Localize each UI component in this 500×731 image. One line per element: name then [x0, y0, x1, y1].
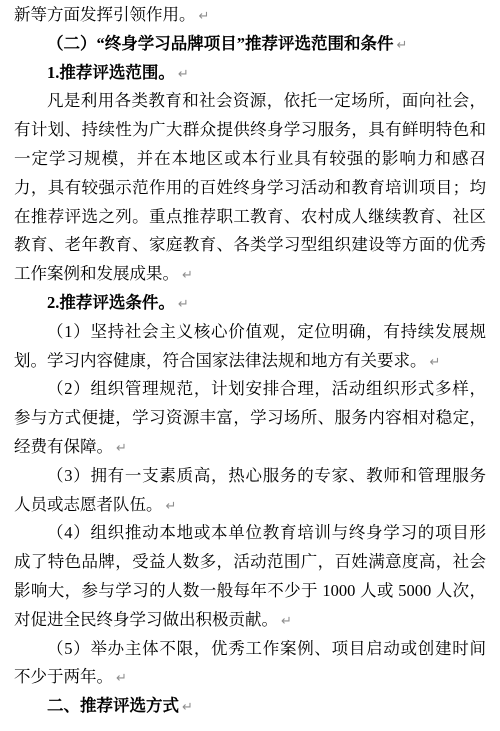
text-run: 影响大，参与学习的人数一般每年不少于 1000 人或 5000 人次，: [14, 581, 486, 600]
paragraph-mark-icon: ↵: [430, 355, 441, 370]
text-run: （5）举办主体不限，优秀工作案例、项目启动或创建时间: [47, 639, 486, 658]
text-line: 2.推荐评选条件。↵: [14, 289, 486, 318]
text-run: 教育、老年教育、家庭教育、各类学习型组织建设等方面的优秀: [14, 235, 486, 254]
paragraph: （4）组织推动本地或本单位教育培训与终身学习的项目形 成了特色品牌，受益人数多，…: [14, 519, 486, 634]
section-heading: 1.推荐评选范围。↵: [14, 59, 486, 88]
text-run: 人员或志愿者队伍。: [14, 495, 163, 514]
text-line: 有计划、持续性为广大群众提供终身学习服务，具有鲜明特色和: [14, 116, 486, 145]
text-run: 成了特色品牌，受益人数多，活动范围广，百姓满意度高，社会: [14, 552, 486, 571]
text-line: （5）举办主体不限，优秀工作案例、项目启动或创建时间: [14, 635, 486, 664]
text-line: （2）组织管理规范，计划安排合理，活动组织形式多样，: [14, 375, 486, 404]
text-run: 工作案例和发展成果。: [14, 264, 179, 283]
text-line: 对促进全民终身学习做出积极贡献。↵: [14, 606, 486, 635]
text-run: 有计划、持续性为广大群众提供终身学习服务，具有鲜明特色和: [14, 120, 486, 139]
paragraph-mark-icon: ↵: [116, 441, 127, 456]
text-line: 新等方面发挥引领作用。↵: [14, 1, 486, 30]
paragraph-mark-icon: ↵: [182, 700, 193, 715]
paragraph-mark-icon: ↵: [178, 297, 189, 312]
text-line: 教育、老年教育、家庭教育、各类学习型组织建设等方面的优秀: [14, 231, 486, 260]
paragraph-mark-icon: ↵: [116, 671, 127, 686]
text-line: 二、推荐评选方式↵: [14, 692, 486, 721]
text-run: （4）组织推动本地或本单位教育培训与终身学习的项目形: [47, 523, 486, 542]
text-line: （二）“终身学习品牌项目”推荐评选范围和条件↵: [14, 30, 486, 59]
text-run: 二、推荐评选方式: [47, 696, 179, 715]
text-run: 力，具有较强示范作用的百姓终身学习活动和教育培训项目；均: [14, 178, 486, 197]
paragraph: 凡是利用各类教育和社会资源，依托一定场所，面向社会， 有计划、持续性为广大群众提…: [14, 87, 486, 289]
paragraph-mark-icon: ↵: [397, 38, 408, 53]
text-line: 参与方式便捷，学习资源丰富，学习场所、服务内容相对稳定，: [14, 404, 486, 433]
paragraph: （3）拥有一支素质高，热心服务的专家、教师和管理服务 人员或志愿者队伍。↵: [14, 462, 486, 520]
text-run: （3）拥有一支素质高，热心服务的专家、教师和管理服务: [47, 466, 486, 485]
text-line: 在推荐评选之列。重点推荐职工教育、农村成人继续教育、社区: [14, 203, 486, 232]
paragraph-mark-icon: ↵: [182, 268, 193, 283]
paragraph-mark-icon: ↵: [281, 614, 292, 629]
text-line: 经费有保障。↵: [14, 433, 486, 462]
text-line: （1）坚持社会主义核心价值观，定位明确，有持续发展规: [14, 318, 486, 347]
document-page: 新等方面发挥引领作用。↵ （二）“终身学习品牌项目”推荐评选范围和条件↵ 1.推…: [0, 0, 500, 731]
text-line: 凡是利用各类教育和社会资源，依托一定场所，面向社会，: [14, 87, 486, 116]
text-run: 划。学习内容健康，符合国家法律法规和地方有关要求。: [14, 351, 427, 370]
text-run: 对促进全民终身学习做出积极贡献。: [14, 610, 278, 629]
text-line: 一定学习规模，并在本地区或本行业具有较强的影响力和感召: [14, 145, 486, 174]
text-run: 不少于两年。: [14, 667, 113, 686]
text-run: 参与方式便捷，学习资源丰富，学习场所、服务内容相对稳定，: [14, 408, 486, 427]
text-run: 经费有保障。: [14, 437, 113, 456]
text-run: 2.推荐评选条件。: [47, 293, 175, 312]
text-run: 在推荐评选之列。重点推荐职工教育、农村成人继续教育、社区: [14, 207, 486, 226]
text-line: 不少于两年。↵: [14, 663, 486, 692]
text-line: （4）组织推动本地或本单位教育培训与终身学习的项目形: [14, 519, 486, 548]
paragraph: （2）组织管理规范，计划安排合理，活动组织形式多样， 参与方式便捷，学习资源丰富…: [14, 375, 486, 461]
text-run: （2）组织管理规范，计划安排合理，活动组织形式多样，: [47, 379, 486, 398]
text-line: 成了特色品牌，受益人数多，活动范围广，百姓满意度高，社会: [14, 548, 486, 577]
paragraph: （1）坚持社会主义核心价值观，定位明确，有持续发展规 划。学习内容健康，符合国家…: [14, 318, 486, 376]
text-run: 一定学习规模，并在本地区或本行业具有较强的影响力和感召: [14, 149, 486, 168]
paragraph: （5）举办主体不限，优秀工作案例、项目启动或创建时间 不少于两年。↵: [14, 635, 486, 693]
paragraph-mark-icon: ↵: [166, 499, 177, 514]
text-line: 影响大，参与学习的人数一般每年不少于 1000 人或 5000 人次，: [14, 577, 486, 606]
text-line: 力，具有较强示范作用的百姓终身学习活动和教育培训项目；均: [14, 174, 486, 203]
text-run: 新等方面发挥引领作用。: [14, 5, 196, 24]
paragraph-mark-icon: ↵: [199, 9, 210, 24]
section-heading: （二）“终身学习品牌项目”推荐评选范围和条件↵: [14, 30, 486, 59]
text-run: 凡是利用各类教育和社会资源，依托一定场所，面向社会，: [47, 91, 486, 110]
text-run: 1.推荐评选范围。: [47, 63, 175, 82]
text-line: 划。学习内容健康，符合国家法律法规和地方有关要求。↵: [14, 347, 486, 376]
text-line: 1.推荐评选范围。↵: [14, 59, 486, 88]
text-line: （3）拥有一支素质高，热心服务的专家、教师和管理服务: [14, 462, 486, 491]
paragraph-mark-icon: ↵: [178, 67, 189, 82]
section-heading: 二、推荐评选方式↵: [14, 692, 486, 721]
text-run: （二）“终身学习品牌项目”推荐评选范围和条件: [47, 34, 394, 53]
section-heading: 2.推荐评选条件。↵: [14, 289, 486, 318]
text-line: 人员或志愿者队伍。↵: [14, 491, 486, 520]
text-run: （1）坚持社会主义核心价值观，定位明确，有持续发展规: [47, 322, 486, 341]
text-line: 工作案例和发展成果。↵: [14, 260, 486, 289]
paragraph: 新等方面发挥引领作用。↵: [14, 1, 486, 30]
